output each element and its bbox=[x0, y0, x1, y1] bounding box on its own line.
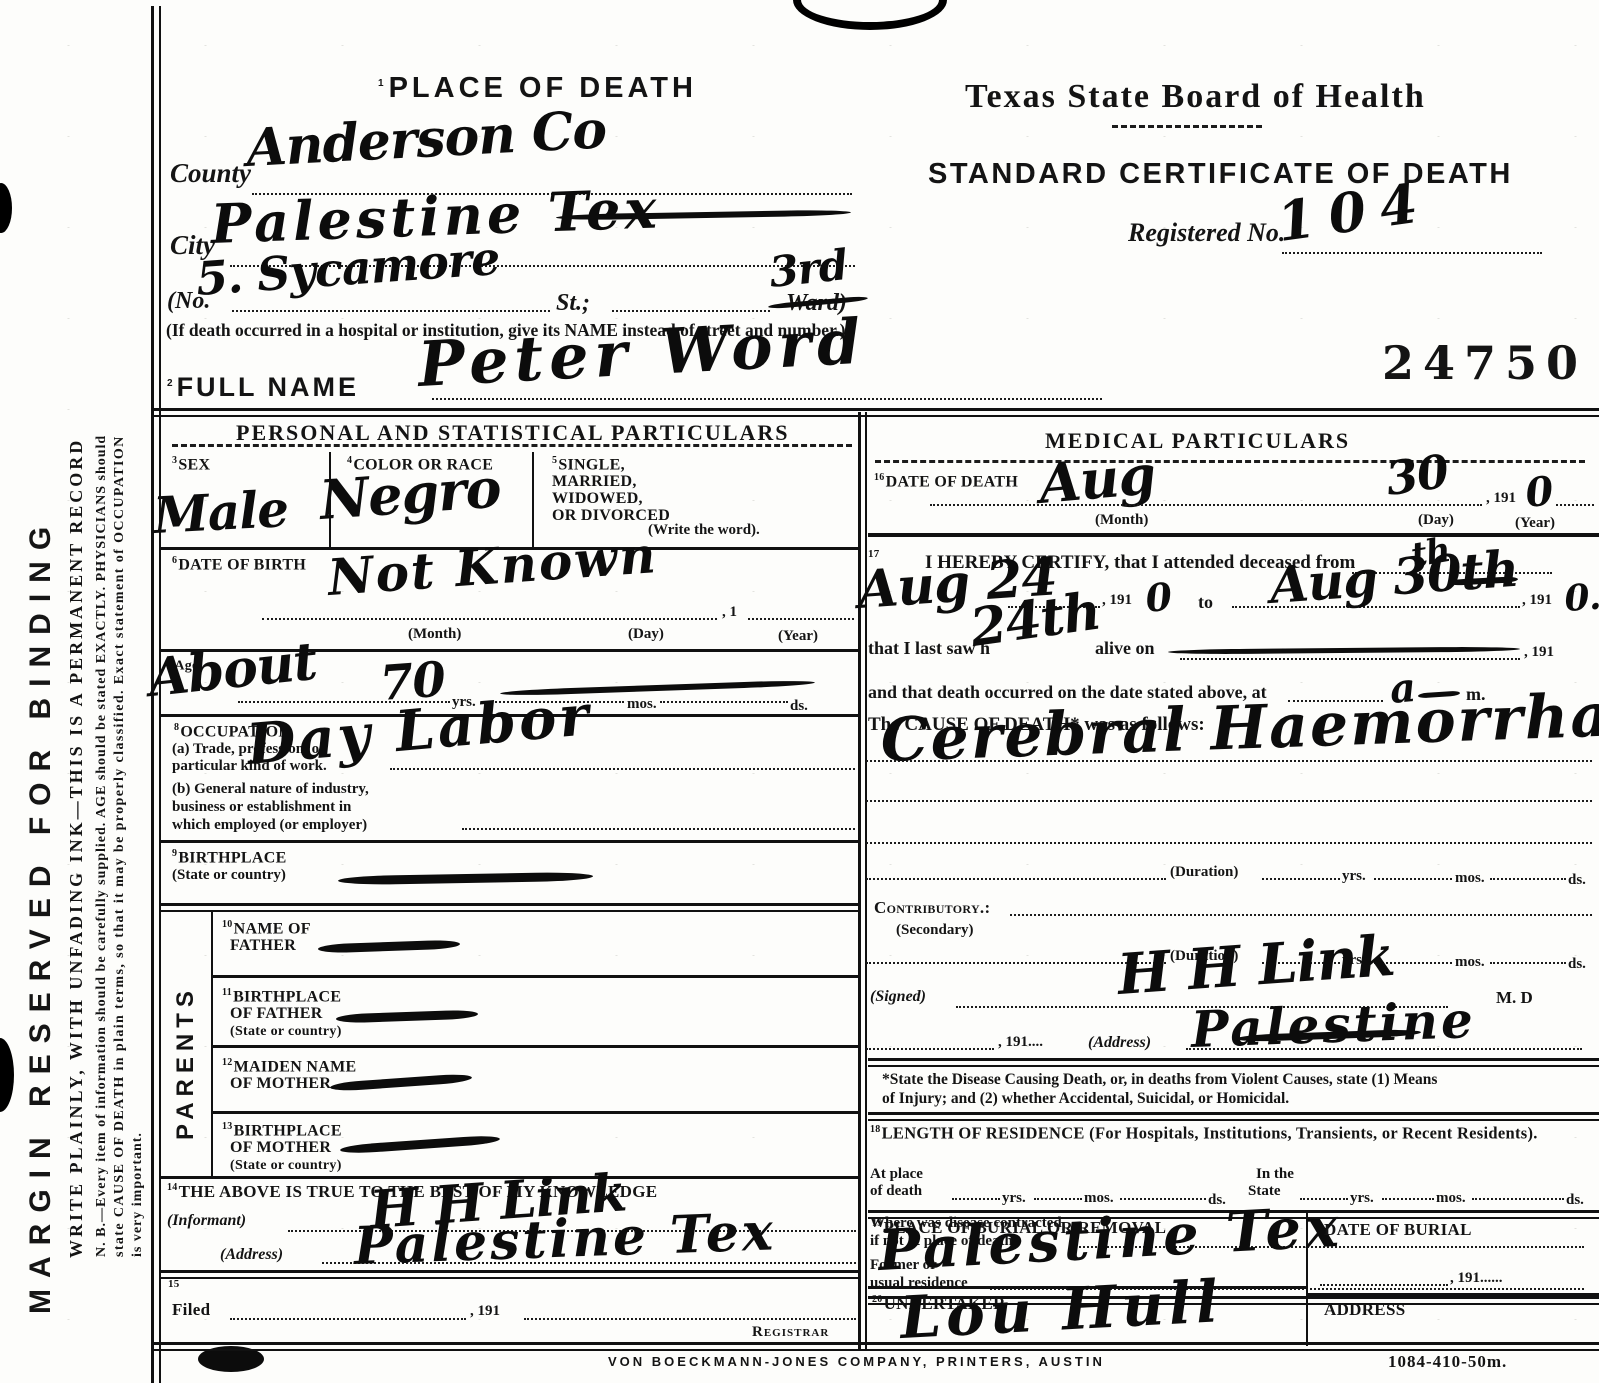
mother-maiden-rule bbox=[211, 1111, 859, 1114]
form-bottom-rule bbox=[152, 1342, 1599, 1351]
attended-to-value: Aug 30th bbox=[1268, 539, 1520, 615]
state-yrs: yrs. bbox=[1350, 1190, 1374, 1207]
dob-month-sublabel: (Month) bbox=[408, 626, 461, 643]
board-title-rule bbox=[1112, 125, 1262, 128]
margin-nb-note-line2: state CAUSE OF DEATH in plain terms, so … bbox=[112, 435, 128, 1257]
to-year-printed: , 191 bbox=[1522, 592, 1552, 609]
mother-birthplace-dash-stroke bbox=[340, 1134, 500, 1154]
parents-divider bbox=[211, 910, 213, 1178]
margin-binding-note: MARGIN RESERVED FOR BINDING bbox=[24, 516, 58, 1314]
burial-date-line bbox=[1320, 1284, 1448, 1286]
filed-label: Filed bbox=[172, 1300, 210, 1320]
dod-year-line bbox=[1556, 504, 1594, 506]
cause-line2 bbox=[866, 800, 1592, 802]
dod-day-sublabel: (Day) bbox=[1418, 512, 1454, 529]
occupation-b-line bbox=[462, 828, 855, 830]
alive-on-line bbox=[1180, 658, 1520, 660]
mother-birthplace-label: 13BIRTHPLACE OF MOTHER (State or country… bbox=[222, 1118, 342, 1174]
burial-date-year: , 191...... bbox=[1450, 1270, 1503, 1287]
dob-year-prefix: , 1 bbox=[722, 604, 737, 621]
in-the-state-label: In theState bbox=[1248, 1166, 1294, 1200]
residence-label: 18LENGTH OF RESIDENCE (For Hospitals, In… bbox=[870, 1120, 1585, 1144]
margin-nb-note-line1: N. B.—Every item of information should b… bbox=[94, 435, 110, 1257]
filed-year-prefix: , 191 bbox=[470, 1303, 500, 1320]
date-of-death-day: 30 bbox=[1382, 444, 1451, 506]
personal-section-title: PERSONAL AND STATISTICAL PARTICULARS bbox=[236, 420, 790, 446]
atplace-ds-dots bbox=[1120, 1198, 1206, 1200]
to-year-hw: 0. bbox=[1563, 576, 1599, 620]
burial-date-label: DATE OF BURIAL bbox=[1324, 1220, 1472, 1240]
duration2-mos: mos. bbox=[1455, 954, 1485, 971]
parents-group-label: PARENTS bbox=[172, 985, 200, 1140]
parents-top-rule bbox=[161, 903, 859, 912]
column-divider-inner bbox=[865, 412, 867, 1350]
informant-address-label: (Address) bbox=[220, 1246, 283, 1264]
dob-year-line bbox=[748, 618, 854, 620]
dob-line bbox=[262, 618, 717, 620]
marital-status-label: 5SINGLE, MARRIED, WIDOWED, OR DIVORCED bbox=[552, 452, 670, 524]
atplace-yrs-dots bbox=[952, 1198, 1000, 1200]
dod-year-printed: , 191 bbox=[1486, 490, 1516, 507]
dod-month-sublabel: (Month) bbox=[1095, 512, 1148, 529]
to-label: to bbox=[1198, 592, 1213, 613]
state-mos-dots bbox=[1382, 1198, 1434, 1200]
street-st-label: St.; bbox=[556, 290, 590, 317]
form-number: 1084-410-50m. bbox=[1388, 1352, 1507, 1372]
registrar-label: Registrar bbox=[752, 1324, 829, 1341]
duration1-ds: ds. bbox=[1568, 872, 1586, 889]
printer-credit: VON BOECKMANN-JONES COMPANY, PRINTERS, A… bbox=[608, 1354, 1105, 1369]
birthplace-label: 9BIRTHPLACE bbox=[172, 848, 287, 867]
age-mos-label: mos. bbox=[627, 696, 657, 713]
duration1-label: (Duration) bbox=[1170, 864, 1238, 881]
sex-label: 3SEX bbox=[172, 455, 210, 474]
duration2-ds-dots bbox=[1490, 962, 1566, 964]
duration1-yrs-dots bbox=[1262, 878, 1340, 880]
personal-section-rule bbox=[172, 444, 852, 447]
contributory-label: Contributory.: bbox=[874, 898, 990, 918]
physician-address-value: Palestine bbox=[1190, 990, 1477, 1059]
father-name-dash-stroke bbox=[318, 940, 460, 954]
at-place-label: At placeof death bbox=[870, 1166, 923, 1200]
alive-on-label: alive on bbox=[1095, 638, 1155, 659]
ward-value: 3rd bbox=[767, 240, 849, 297]
full-name-item-number: 2 bbox=[167, 378, 176, 389]
atplace-mos: mos. bbox=[1084, 1190, 1114, 1207]
md-label: M. D bbox=[1496, 988, 1533, 1008]
duration1-mos: mos. bbox=[1455, 870, 1485, 887]
occupation-value: Day Labor bbox=[244, 682, 594, 778]
place-of-death-item-number: 1 bbox=[378, 78, 388, 89]
occupation-b-label: (b) General nature of industry,business … bbox=[172, 780, 369, 834]
state-mos: mos. bbox=[1436, 1190, 1466, 1207]
father-birthplace-rule bbox=[211, 1045, 859, 1048]
place-of-death-title: 1PLACE OF DEATH bbox=[378, 72, 697, 105]
from-year-printed: , 191 bbox=[1102, 592, 1132, 609]
margin-nb-note-line3: is very important. bbox=[130, 1132, 146, 1257]
burial-date-row-rule bbox=[1306, 1293, 1599, 1296]
duration1-mos-dots bbox=[1374, 878, 1452, 880]
margin-write-plainly-note: WRITE PLAINLY, WITH UNFADING INK—THIS IS… bbox=[66, 438, 87, 1258]
registered-no-label: Registered No. bbox=[1128, 218, 1285, 248]
birthplace-hint: (State or country) bbox=[172, 867, 286, 884]
dob-year-sublabel: (Year) bbox=[778, 628, 818, 645]
county-value: Anderson Co bbox=[245, 99, 608, 179]
secondary-label: (Secondary) bbox=[896, 922, 974, 939]
date-of-birth-label: 6DATE OF BIRTH bbox=[172, 555, 306, 574]
cause-note: *State the Disease Causing Death, or, in… bbox=[882, 1070, 1582, 1108]
marital-hint: (Write the word). bbox=[648, 522, 760, 539]
punch-hole-mark bbox=[0, 183, 12, 233]
informant-bottom-rule bbox=[161, 1270, 859, 1279]
alive-on-strike-stroke bbox=[1168, 646, 1520, 654]
street-line bbox=[232, 310, 550, 312]
age-ds-label: ds. bbox=[790, 698, 808, 715]
father-name-label: 10NAME OF FATHER bbox=[222, 916, 311, 954]
occupation-row-rule bbox=[161, 840, 859, 843]
punch-hole-mark bbox=[0, 1038, 14, 1112]
dod-line bbox=[930, 504, 1482, 506]
cause-line3 bbox=[866, 842, 1592, 844]
filed-date-line bbox=[230, 1318, 466, 1320]
state-ds: ds. bbox=[1566, 1192, 1584, 1209]
county-label: County bbox=[170, 158, 251, 189]
last-saw-year-printed: , 191 bbox=[1524, 644, 1554, 661]
date-of-death-label: 16DATE OF DEATH bbox=[874, 472, 1018, 491]
duration1-ds-dots bbox=[1490, 878, 1566, 880]
father-birthplace-label: 11BIRTHPLACE OF FATHER (State or country… bbox=[222, 984, 342, 1040]
column-divider bbox=[858, 412, 861, 1350]
full-name-label: 2FULL NAME bbox=[167, 372, 359, 403]
duration2-ds: ds. bbox=[1568, 956, 1586, 973]
sex-value: Male bbox=[152, 479, 289, 545]
age-ds-line bbox=[660, 701, 788, 703]
certificate-file-number: 24750 bbox=[1382, 336, 1587, 390]
signed-label: (Signed) bbox=[870, 988, 926, 1006]
signed-bottom-rule bbox=[868, 1058, 1599, 1067]
duration1-leader bbox=[866, 878, 1166, 880]
stamp-arc-artifact bbox=[793, 0, 947, 30]
death-certificate-scan: MARGIN RESERVED FOR BINDING WRITE PLAINL… bbox=[0, 0, 1599, 1383]
dod-year-sublabel: (Year) bbox=[1515, 515, 1555, 532]
header-bottom-rule bbox=[152, 408, 1599, 417]
board-title: Texas State Board of Health bbox=[965, 78, 1426, 116]
filed-registrar-line bbox=[524, 1318, 856, 1320]
informant-label: (Informant) bbox=[167, 1212, 246, 1230]
birthplace-dash-stroke bbox=[338, 872, 593, 885]
dob-day-sublabel: (Day) bbox=[628, 626, 664, 643]
race-value: Negro bbox=[318, 456, 503, 532]
medical-section-rule bbox=[875, 460, 1585, 463]
signed-address-label: (Address) bbox=[1088, 1034, 1151, 1052]
date-of-birth-value: Not Known bbox=[326, 525, 659, 607]
registered-no-line bbox=[1282, 252, 1542, 254]
father-birthplace-dash-stroke bbox=[336, 1010, 478, 1024]
occupation-a-line bbox=[390, 768, 855, 770]
undertaker-address-label: ADDRESS bbox=[1324, 1300, 1405, 1320]
duration1-yrs: yrs. bbox=[1342, 868, 1366, 885]
atplace-mos-dots bbox=[1034, 1198, 1082, 1200]
father-name-rule bbox=[211, 975, 859, 978]
from-year-hw: 0 bbox=[1143, 574, 1173, 621]
signed-year-dots bbox=[866, 1048, 994, 1050]
atplace-yrs: yrs. bbox=[1002, 1190, 1026, 1207]
dod-year-handwritten: 0 bbox=[1523, 467, 1555, 517]
full-name-line bbox=[432, 398, 1102, 400]
dod-row-rule bbox=[868, 533, 1599, 537]
signed-year-printed: , 191.... bbox=[998, 1034, 1043, 1051]
burial-place-value: Palestine Tex bbox=[877, 1194, 1344, 1284]
filed-row-number: 15 bbox=[168, 1278, 180, 1290]
state-ds-dots bbox=[1472, 1198, 1564, 1200]
age-value-word: About bbox=[146, 631, 320, 709]
contributory-line bbox=[1010, 914, 1592, 916]
